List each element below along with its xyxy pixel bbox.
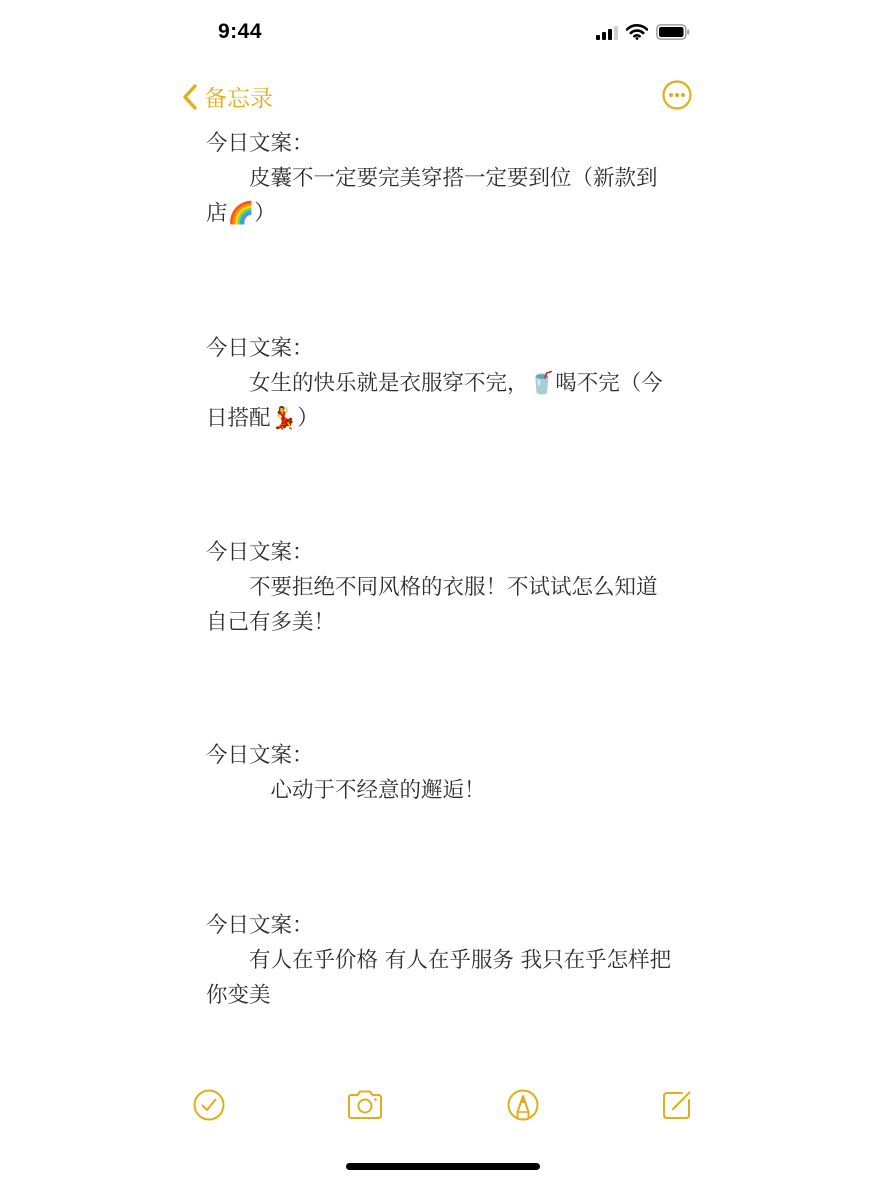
note-body: 心动于不经意的邂逅！ xyxy=(206,773,676,808)
note-block[interactable]: 今日文案： 女生的快乐就是衣服穿不完，🥤喝不完（今日搭配💃） xyxy=(206,331,676,436)
note-block[interactable]: 今日文案： 不要拒绝不同风格的衣服！不试试怎么知道自己有多美！ xyxy=(206,535,676,640)
compose-button[interactable] xyxy=(660,1088,694,1122)
ellipsis-circle-icon xyxy=(662,95,692,114)
wifi-icon xyxy=(626,24,648,44)
more-options-button[interactable] xyxy=(662,80,692,110)
note-body: 女生的快乐就是衣服穿不完，🥤喝不完（今日搭配💃） xyxy=(206,366,676,436)
back-label: 备忘录 xyxy=(204,80,273,113)
status-time: 9:44 xyxy=(218,20,262,44)
camera-icon xyxy=(346,1107,384,1126)
markup-button[interactable] xyxy=(506,1088,540,1122)
checklist-button[interactable] xyxy=(192,1088,226,1122)
note-title: 今日文案： xyxy=(206,331,676,366)
note-block[interactable]: 今日文案： 心动于不经意的邂逅！ xyxy=(206,738,676,808)
status-icons xyxy=(596,24,690,44)
note-title: 今日文案： xyxy=(206,908,676,943)
signal-icon xyxy=(596,25,618,44)
note-body: 有人在乎价格 有人在乎服务 我只在乎怎样把你变美 xyxy=(206,943,676,1013)
home-indicator[interactable] xyxy=(346,1163,540,1170)
note-title: 今日文案： xyxy=(206,126,676,161)
checkmark-circle-icon xyxy=(192,1107,226,1126)
camera-button[interactable] xyxy=(346,1088,384,1122)
note-title: 今日文案： xyxy=(206,738,676,773)
chevron-left-icon xyxy=(182,83,198,111)
pen-tip-circle-icon xyxy=(506,1107,540,1126)
back-button[interactable]: 备忘录 xyxy=(182,80,273,113)
note-body: 皮囊不一定要完美穿搭一定要到位（新款到店🌈） xyxy=(206,161,676,231)
note-title: 今日文案： xyxy=(206,535,676,570)
note-block[interactable]: 今日文案： 有人在乎价格 有人在乎服务 我只在乎怎样把你变美 xyxy=(206,908,676,1013)
compose-icon xyxy=(660,1107,694,1126)
battery-icon xyxy=(656,24,690,44)
note-body: 不要拒绝不同风格的衣服！不试试怎么知道自己有多美！ xyxy=(206,570,676,640)
notes-screen: 9:44 xyxy=(180,0,710,1183)
note-block[interactable]: 今日文案： 皮囊不一定要完美穿搭一定要到位（新款到店🌈） xyxy=(206,126,676,231)
